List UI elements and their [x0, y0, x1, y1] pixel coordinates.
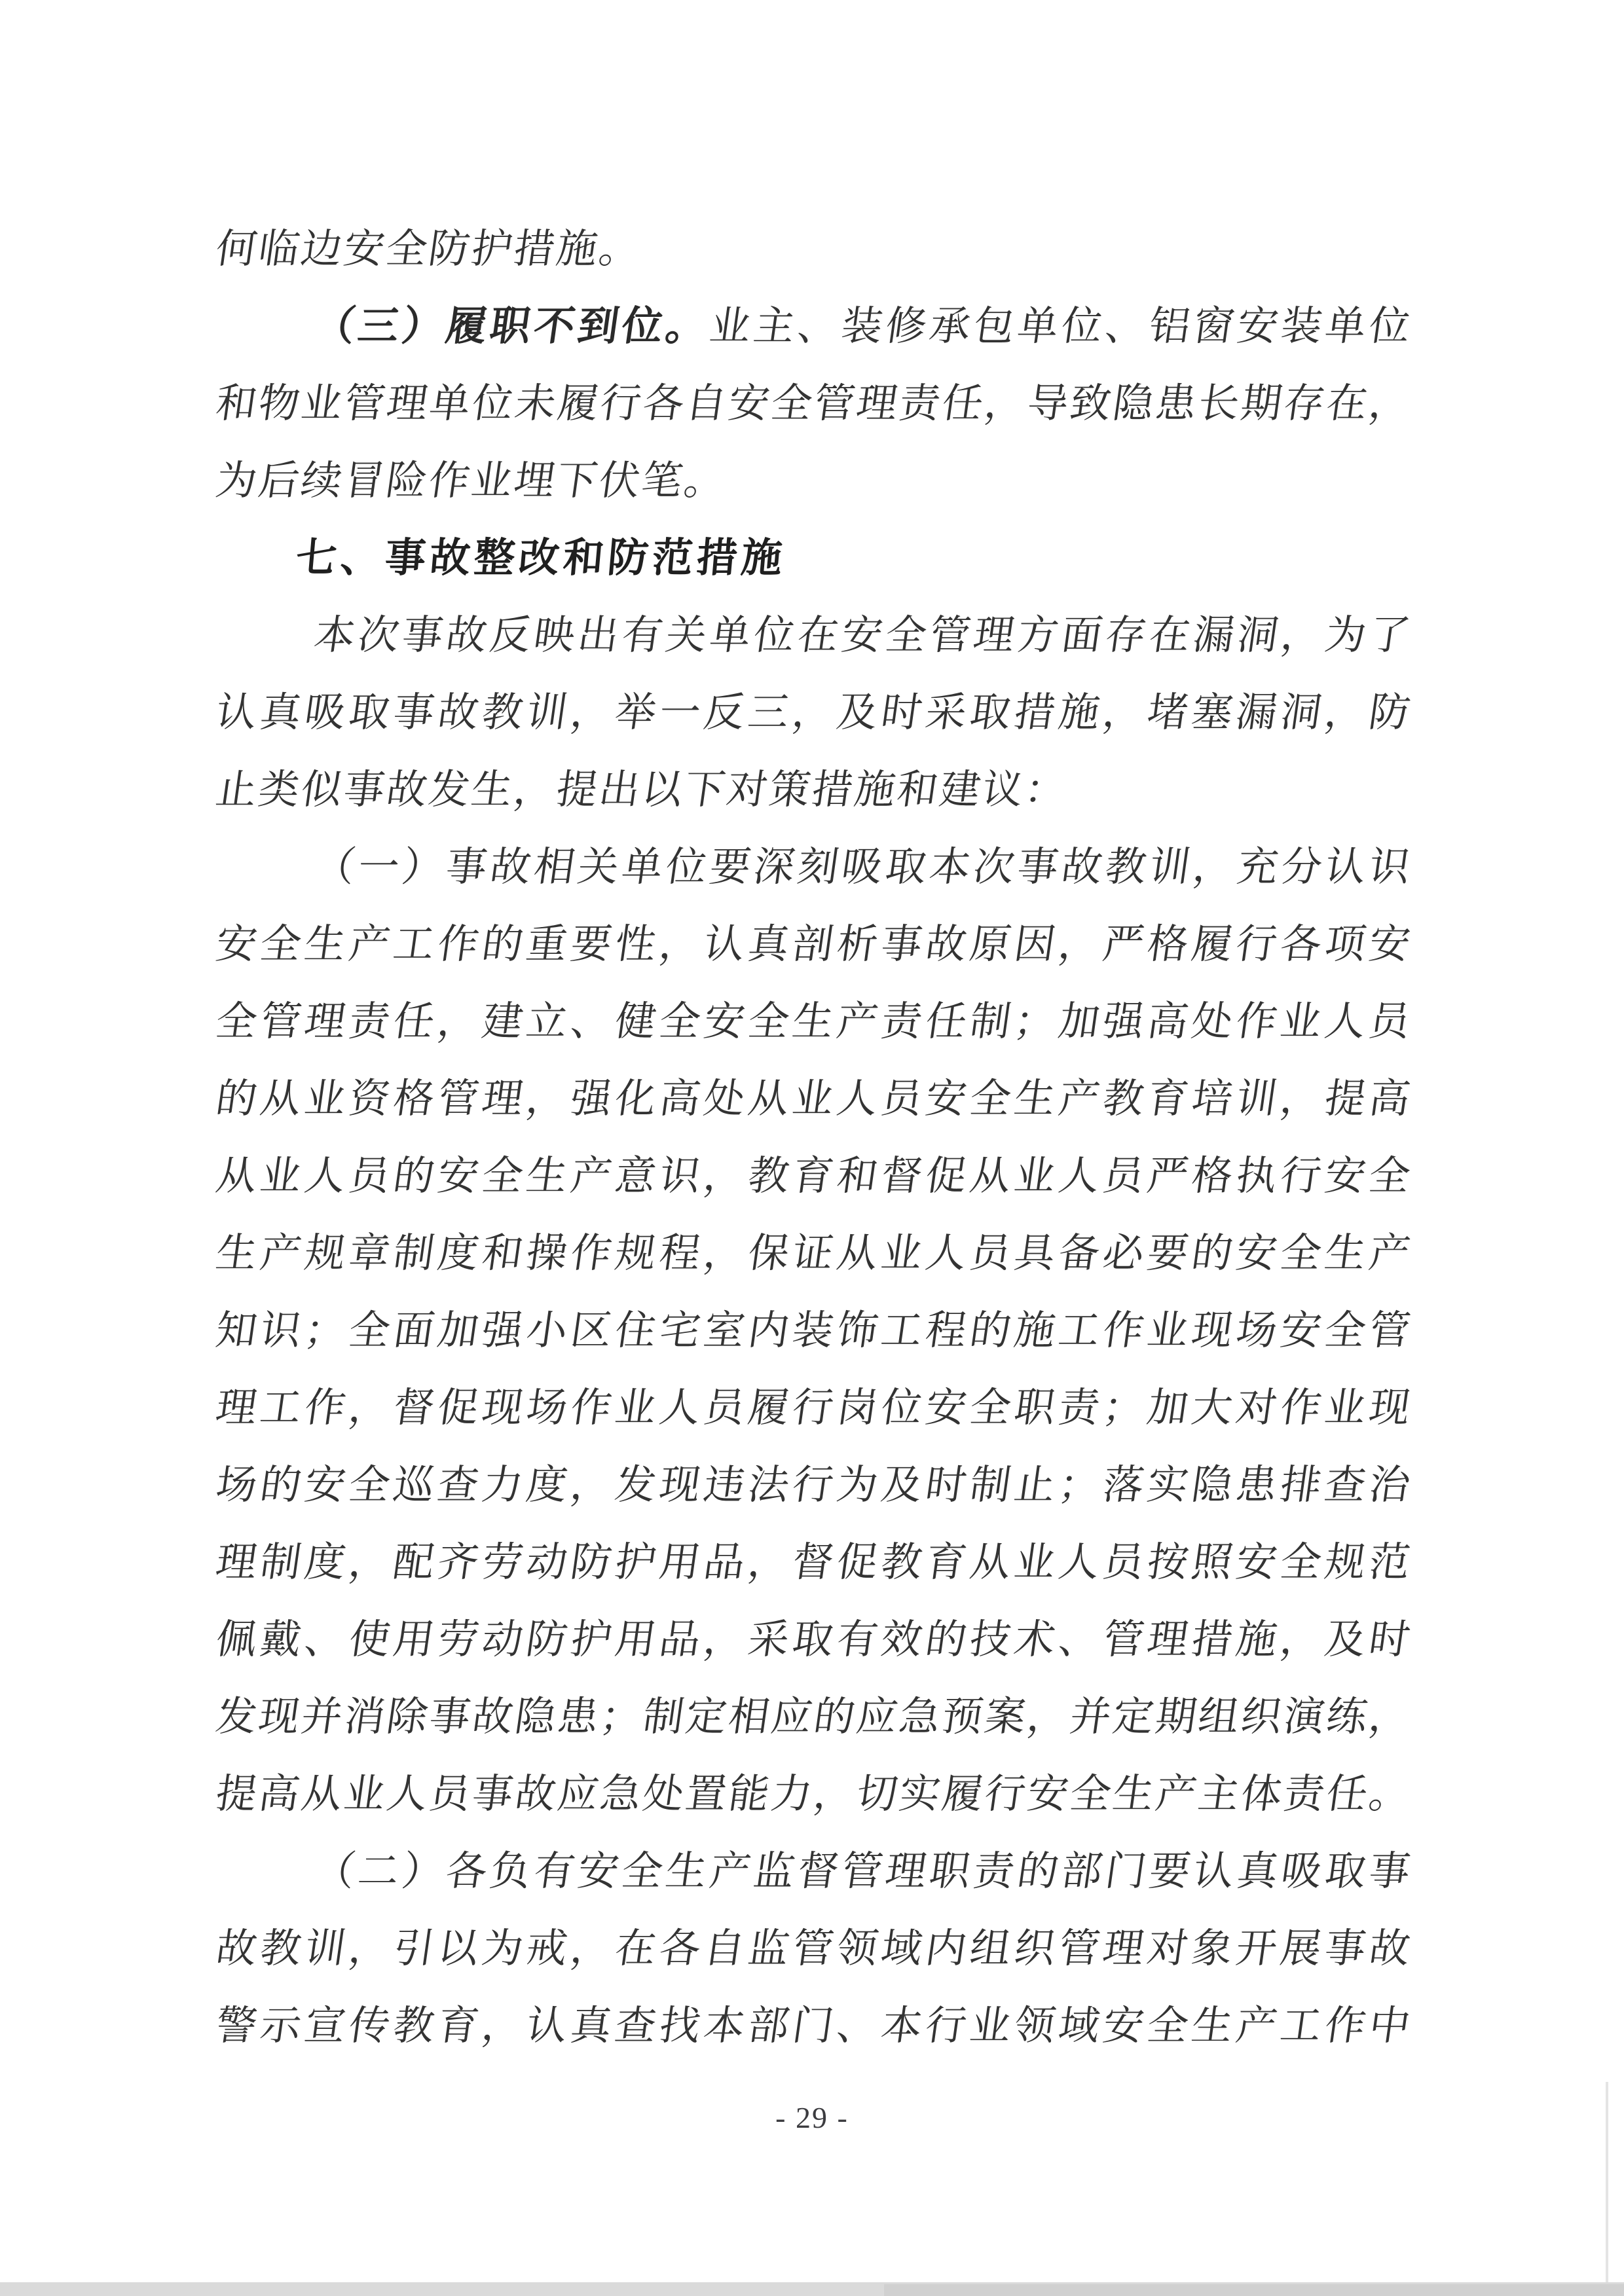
- text-line: 从业人员的安全生产意识，教育和督促从业人员严格执行安全: [211, 1138, 1417, 1215]
- text-line: 故教训，引以为戒，在各自监管领域内组织管理对象开展事故: [211, 1910, 1417, 1988]
- text-line: 为后续冒险作业埋下伏笔。: [211, 443, 1417, 520]
- text-line: 的从业资格管理，强化高处从业人员安全生产教育培训，提高: [211, 1061, 1417, 1138]
- body-text: 何临边安全防护措施。 （三）履职不到位。业主、装修承包单位、铝窗安装单位 和物业…: [216, 211, 1411, 2065]
- text-line: 场的安全巡查力度，发现违法行为及时制止；落实隐患排查治: [211, 1447, 1417, 1524]
- text-line: 知识；全面加强小区住宅室内装饰工程的施工作业现场安全管: [211, 1292, 1417, 1370]
- text-line: 认真吸取事故教训，举一反三，及时采取措施，堵塞漏洞，防: [211, 674, 1417, 752]
- text-line: 和物业管理单位未履行各自安全管理责任，导致隐患长期存在，: [211, 365, 1417, 443]
- text-line: （三）履职不到位。业主、装修承包单位、铝窗安装单位: [211, 288, 1417, 365]
- text-line: 提高从业人员事故应急处置能力，切实履行安全生产主体责任。: [211, 1756, 1417, 1833]
- text-line: 发现并消除事故隐患；制定相应的应急预案，并定期组织演练，: [211, 1679, 1417, 1756]
- text-line: 佩戴、使用劳动防护用品，采取有效的技术、管理措施，及时: [211, 1601, 1417, 1679]
- text-run: 业主、装修承包单位、铝窗安装单位: [707, 304, 1414, 349]
- text-line: 本次事故反映出有关单位在安全管理方面存在漏洞，为了: [211, 597, 1417, 674]
- scan-artifact-line: [1606, 2082, 1608, 2284]
- bold-run: （三）履职不到位。: [311, 304, 713, 349]
- text-line: 理制度，配齐劳动防护用品，督促教育从业人员按照安全规范: [211, 1524, 1417, 1601]
- text-line: 警示宣传教育，认真查找本部门、本行业领域安全生产工作中: [211, 1988, 1417, 2065]
- section-heading: 七、事故整改和防范措施: [213, 520, 1414, 597]
- text-line: 止类似事故发生，提出以下对策措施和建议：: [211, 752, 1417, 829]
- text-line: 安全生产工作的重要性，认真剖析事故原因，严格履行各项安: [211, 906, 1417, 983]
- text-line: 何临边安全防护措施。: [211, 211, 1417, 288]
- text-line: （一）事故相关单位要深刻吸取本次事故教训，充分认识: [211, 829, 1417, 906]
- text-line: 理工作，督促现场作业人员履行岗位安全职责；加大对作业现: [211, 1370, 1417, 1447]
- page-number: - 29 -: [0, 2098, 1624, 2138]
- text-line: （二）各负有安全生产监督管理职责的部门要认真吸取事: [211, 1833, 1417, 1910]
- document-page: 何临边安全防护措施。 （三）履职不到位。业主、装修承包单位、铝窗安装单位 和物业…: [0, 0, 1624, 2296]
- scan-artifact-strip-dark: [884, 2284, 1624, 2296]
- text-line: 生产规章制度和操作规程，保证从业人员具备必要的安全生产: [211, 1215, 1417, 1292]
- text-line: 全管理责任，建立、健全安全生产责任制；加强高处作业人员: [211, 983, 1417, 1061]
